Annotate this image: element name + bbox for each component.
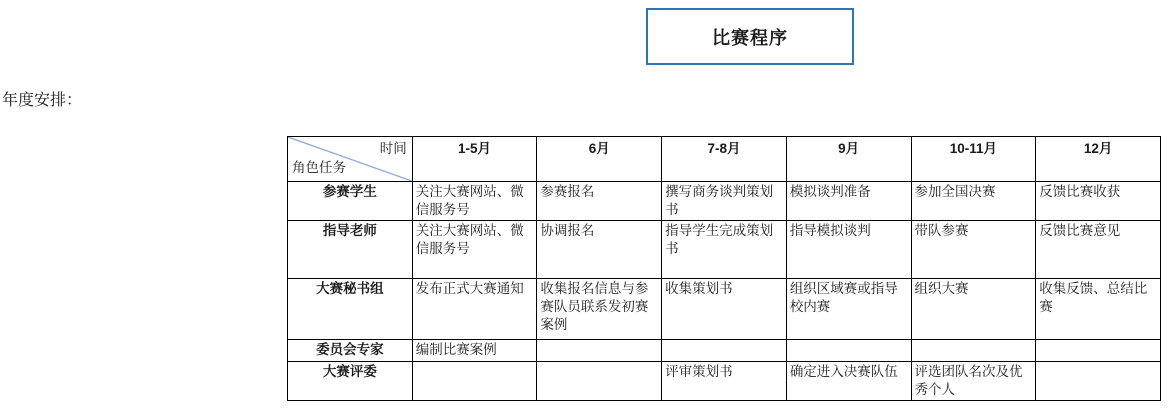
cell-students-9: 模拟谈判准备 [786, 182, 911, 221]
cell-experts-12 [1036, 340, 1161, 362]
header-cell-month-2: 6月 [537, 137, 662, 182]
section-label: 年度安排： [2, 87, 82, 110]
cell-secretariat-6: 收集报名信息与参赛队员联系发初赛案例 [537, 279, 662, 340]
header-cell-month-5: 10-11月 [911, 137, 1036, 182]
cell-secretariat-7-8: 收集策划书 [662, 279, 787, 340]
cell-judges-10-11: 评选团队名次及优秀个人 [911, 362, 1036, 401]
header-time-label: 时间 [380, 140, 407, 158]
cell-judges-7-8: 评审策划书 [662, 362, 787, 401]
cell-secretariat-1-5: 发布正式大赛通知 [412, 279, 537, 340]
table-row-students: 参赛学生 关注大赛网站、微信服务号 参赛报名 撰写商务谈判策划书 模拟谈判准备 … [288, 182, 1161, 221]
table-row-committee-experts: 委员会专家 编制比赛案例 [288, 340, 1161, 362]
cell-students-7-8: 撰写商务谈判策划书 [662, 182, 787, 221]
row-label-teachers: 指导老师 [288, 221, 413, 279]
cell-experts-6 [537, 340, 662, 362]
cell-experts-7-8 [662, 340, 787, 362]
cell-experts-9 [786, 340, 911, 362]
row-label-secretariat: 大赛秘书组 [288, 279, 413, 340]
cell-students-10-11: 参加全国决赛 [911, 182, 1036, 221]
page-title: 比赛程序 [712, 24, 788, 50]
row-label-judges: 大赛评委 [288, 362, 413, 401]
header-cell-diagonal: 时间 角色任务 [288, 137, 413, 182]
cell-secretariat-9: 组织区域赛或指导校内赛 [786, 279, 911, 340]
table-row-judges: 大赛评委 评审策划书 确定进入决赛队伍 评选团队名次及优秀个人 [288, 362, 1161, 401]
cell-judges-12 [1036, 362, 1161, 401]
cell-teachers-1-5: 关注大赛网站、微信服务号 [412, 221, 537, 279]
cell-secretariat-12: 收集反馈、总结比赛 [1036, 279, 1161, 340]
cell-teachers-9: 指导模拟谈判 [786, 221, 911, 279]
cell-experts-1-5: 编制比赛案例 [412, 340, 537, 362]
cell-teachers-12: 反馈比赛意见 [1036, 221, 1161, 279]
title-box: 比赛程序 [646, 8, 854, 65]
cell-judges-9: 确定进入决赛队伍 [786, 362, 911, 401]
header-row: 时间 角色任务 1-5月 6月 7-8月 9月 10-11月 12月 [288, 137, 1161, 182]
schedule-table: 时间 角色任务 1-5月 6月 7-8月 9月 10-11月 12月 参赛学生 … [287, 136, 1161, 401]
cell-judges-6 [537, 362, 662, 401]
cell-teachers-10-11: 带队参赛 [911, 221, 1036, 279]
cell-teachers-7-8: 指导学生完成策划书 [662, 221, 787, 279]
cell-experts-10-11 [911, 340, 1036, 362]
row-label-students: 参赛学生 [288, 182, 413, 221]
cell-teachers-6: 协调报名 [537, 221, 662, 279]
header-cell-month-4: 9月 [786, 137, 911, 182]
cell-students-12: 反馈比赛收获 [1036, 182, 1161, 221]
row-label-committee-experts: 委员会专家 [288, 340, 413, 362]
header-role-label: 角色任务 [292, 159, 346, 177]
table-row-secretariat: 大赛秘书组 发布正式大赛通知 收集报名信息与参赛队员联系发初赛案例 收集策划书 … [288, 279, 1161, 340]
cell-students-6: 参赛报名 [537, 182, 662, 221]
cell-students-1-5: 关注大赛网站、微信服务号 [412, 182, 537, 221]
table-row-teachers: 指导老师 关注大赛网站、微信服务号 协调报名 指导学生完成策划书 指导模拟谈判 … [288, 221, 1161, 279]
cell-secretariat-10-11: 组织大赛 [911, 279, 1036, 340]
cell-judges-1-5 [412, 362, 537, 401]
header-cell-month-6: 12月 [1036, 137, 1161, 182]
header-cell-month-3: 7-8月 [662, 137, 787, 182]
header-cell-month-1: 1-5月 [412, 137, 537, 182]
